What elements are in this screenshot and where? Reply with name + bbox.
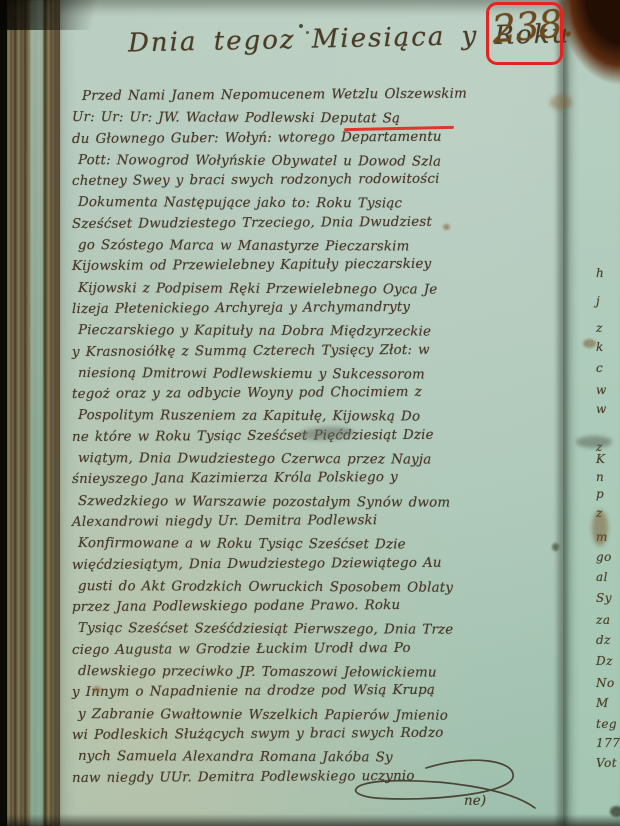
next-page-text-fragment: c [563,361,620,375]
body-text: Przed Nami Janem Nepomucenem Wetzlu Olsz… [72,86,566,810]
next-page-text-fragment: Vot [563,756,620,770]
ink-spot [93,686,101,693]
text-line: y Innym o Napadnienie na drodze pod Wsią… [72,679,566,703]
brown-smudge [583,339,596,348]
ink-spot [443,224,450,230]
brown-stain [592,510,608,546]
next-page-text-fragment: z [563,321,620,335]
dark-spot [552,543,559,551]
text-line: Sześćset Dwudziestego Trzeciego, Dnia Dw… [72,211,566,235]
photo-bottom-vignette [0,814,620,826]
next-page-text-fragment: za [563,613,620,627]
text-line: tegoż oraz y za odbycie Woyny pod Chocim… [72,381,566,405]
next-page-text-fragment: Dz [563,654,620,668]
next-page-text-fragment: 1778 [563,736,620,750]
text-line: du Głownego Guber: Wołyń: wtorego Depart… [72,126,566,150]
next-page-text-fragment: h [563,266,620,280]
next-page-text-fragment: j [563,294,620,308]
next-page-text-fragment: al [563,570,620,584]
text-line: Alexandrowi niegdy Ur. Demitra Podlewski [72,509,566,533]
text-line: chetney Swey y braci swych rodzonych rod… [72,168,566,192]
next-page-text-fragment: teg [563,717,620,731]
next-page-text-fragment: n [563,470,620,484]
text-line: wi Podleskich Służących swym y braci swy… [72,722,566,746]
book-spine-edge-shadow [52,0,62,826]
next-page-text-fragment: w [563,402,620,416]
next-page-text-fragment: No [563,676,620,690]
next-page-text-fragment: w [563,383,620,397]
text-line: przez Jana Podlewskiego podane Prawo. Ro… [72,594,566,618]
text-line: ciego Augusta w Grodzie Łuckim Urodł dwa… [72,637,566,661]
next-page-text-fragment: Sy [563,591,620,605]
manuscript-photo: h j z k c w w z K n p z m go al Sy za dz… [0,0,620,826]
text-line: Kijowskim od Przewielebney Kapituły piec… [72,253,566,277]
photo-left-border [0,0,7,826]
ink-speck [299,24,303,28]
brown-smudge [550,95,572,110]
photo-top-left-shadow [0,0,130,30]
next-page-text-fragment: p [563,487,620,501]
text-line: Przed Nami Janem Nepomucenem Wetzlu Olsz… [72,83,566,107]
smudge-stain [576,436,612,448]
text-line: y Krasnosiółkę z Summą Czterech Tysięcy … [72,339,566,363]
next-page-text-fragment: z [563,506,620,520]
page-number: 238. [490,1,574,52]
next-page-text-fragment: go [563,550,620,564]
next-page-text-fragment: M [563,696,620,710]
next-page-edge: h j z k c w w z K n p z m go al Sy za dz… [563,0,620,826]
next-page-text-fragment: K [563,452,620,466]
text-line: śnieyszego Jana Kazimierza Króla Polskie… [72,466,566,490]
next-page-text-fragment: dz [563,633,620,647]
book-spine-teal-strip [30,0,43,826]
text-line: lizeja Płetenickiego Archyreja y Archyma… [72,296,566,320]
ink-speck [306,31,309,34]
text-line: więćdziesiątym, Dnia Dwudziestego Dziewi… [72,552,566,576]
